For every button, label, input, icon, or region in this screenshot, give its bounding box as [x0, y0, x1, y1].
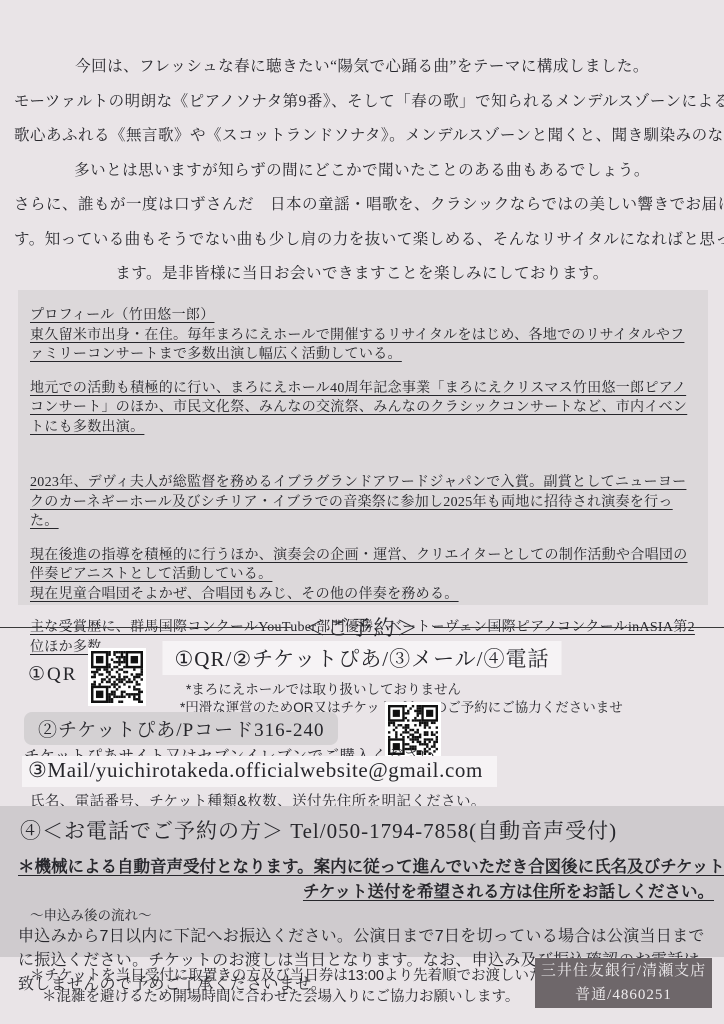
intro-line: モーツァルトの明朗な《ピアノソナタ第9番》、そして「春の歌」で知られるメンデルス… — [14, 85, 710, 120]
mail-address-label: ③Mail/yuichirotakeda.officialwebsite@gma… — [22, 756, 497, 787]
phone-note-line2: チケット送付を希望される方は住所をお話しください。 — [0, 878, 714, 902]
phone-heading: ④＜お電話でご予約の方＞ Tel/050-1794-7858(自動音声受付) — [20, 815, 724, 845]
profile-paragraph: 地元での活動も積極的に行い、まろにえホール40周年記念事業「まろにえクリスマス竹… — [30, 379, 696, 438]
flyer-page: 今回は、フレッシュな春に聴きたい“陽気で心踊る曲”をテーマに構成しました。 モー… — [0, 0, 724, 1024]
qr-method-label: ①QR — [28, 663, 77, 686]
profile-box: プロフィール（竹田悠一郎） 東久留米市出身・在住。毎年まろにえホールで開催するリ… — [18, 290, 708, 605]
intro-line: 歌心あふれる《無言歌》や《スコットランドソナタ》。メンデルスゾーンと聞くと、聞き… — [14, 119, 710, 154]
profile-paragraph: 現在後進の指導を積極的に行うほか、演奏会の企画・運営、クリエイターとしての制作活… — [30, 546, 696, 585]
intro-line: 今回は、フレッシュな春に聴きたい“陽気で心踊る曲”をテーマに構成しました。 — [14, 50, 710, 85]
booking-methods-heading: ①QR/②チケットぴあ/③メール/④電話 — [162, 641, 561, 675]
footer-notes: ＊チケットを当日受付に取置きの方及び当日券は13:00より先着順でお渡しいたしま… — [30, 966, 600, 1008]
profile-title: プロフィール（竹田悠一郎） — [30, 306, 696, 326]
reservation-title: ＜ご予約＞ — [291, 612, 434, 642]
profile-paragraph: 2023年、デヴィ夫人が総監督を務めるイブラグランドアワードジャパンで入賞。副賞… — [30, 473, 696, 532]
divider-rule-right — [434, 627, 724, 628]
profile-paragraph: 現在児童合唱団そよかぜ、合唱団もみじ、その他の伴奏を務める。 — [30, 585, 696, 605]
divider-rule-left — [0, 627, 291, 628]
intro-line: ます。是非皆様に当日お会いできますことを楽しみにしております。 — [14, 257, 710, 292]
profile-paragraph: 東久留米市出身・在住。毎年まろにえホールで開催するリサイタルをはじめ、各地でのリ… — [30, 326, 696, 365]
flow-title: 〜申込み後の流れ〜 — [30, 904, 724, 924]
footer-note-1: ＊チケットを当日受付に取置きの方及び当日券は13:00より先着順でお渡しいたしま… — [30, 966, 600, 987]
qr-code — [88, 648, 146, 706]
qr-note-1: *まろにえホールでは取り扱いしておりません — [186, 678, 461, 698]
reservation-divider: ＜ご予約＞ — [0, 612, 724, 642]
phone-reservation-section: ④＜お電話でご予約の方＞ Tel/050-1794-7858(自動音声受付) ＊… — [0, 806, 724, 957]
intro-line: さらに、誰もが一度は口ずさんだ 日本の童謡・唱歌を、クラシックならではの美しい響… — [14, 188, 710, 223]
intro-text: 今回は、フレッシュな春に聴きたい“陽気で心踊る曲”をテーマに構成しました。 モー… — [14, 50, 710, 292]
footer-note-2: ＊混雑を避けるため開場時間に合わせた会場入りにご協力お願いします。 — [42, 987, 600, 1008]
bank-account-box: 三井住友銀行/清瀬支店 普通/4860251 — [535, 958, 712, 1008]
bank-account-number: 普通/4860251 — [535, 983, 712, 1007]
intro-line: す。知っている曲もそうでない曲も少し肩の力を抜いて楽しめる、そんなリサイタルにな… — [14, 223, 710, 258]
phone-note-line1: ＊機械による自動音声受付となります。案内に従って進んでいただき合図後に氏名及びチ… — [18, 853, 716, 877]
intro-line: 多いとは思いますが知らずの間にどこかで聞いたことのある曲もあるでしょう。 — [14, 154, 710, 189]
bank-branch: 三井住友銀行/清瀬支店 — [535, 959, 712, 983]
ticket-pia-label: ②チケットぴあ/Pコード316-240 — [24, 712, 338, 745]
